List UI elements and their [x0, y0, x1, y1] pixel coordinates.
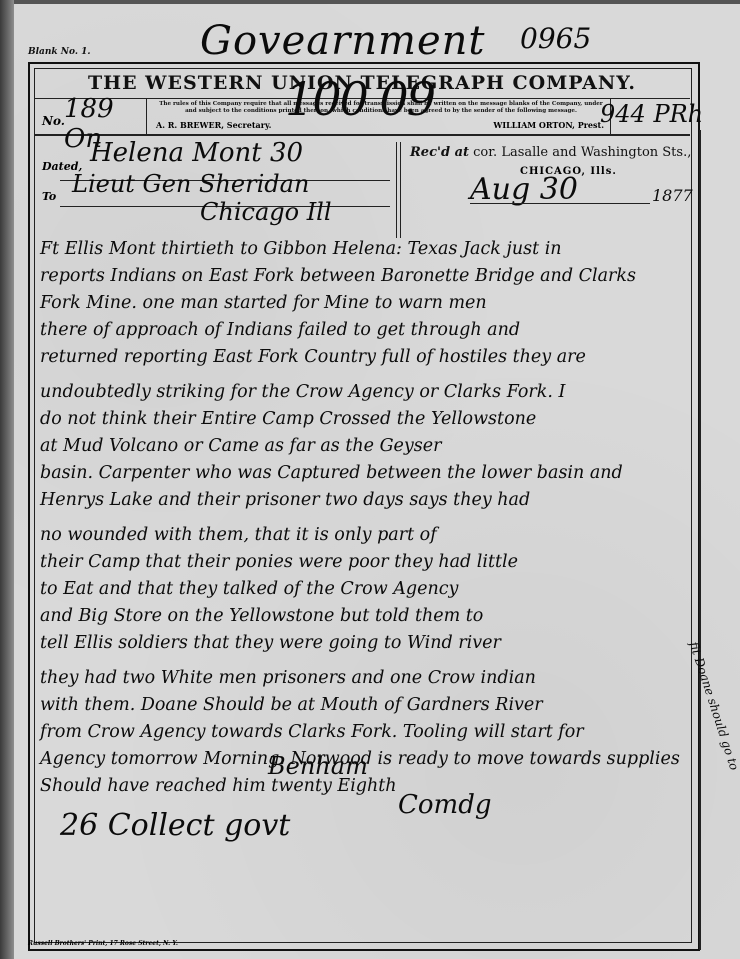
collect-note: 26 Collect govt: [60, 808, 290, 843]
message-line: undoubtedly striking for the Crow Agency…: [40, 379, 700, 406]
message-line: they had two White men prisoners and one…: [40, 665, 700, 692]
received-year: 1877: [652, 186, 693, 205]
message-line: no wounded with them, that it is only pa…: [40, 522, 700, 549]
reference-number: 0965: [520, 22, 591, 55]
secretary: A. R. BREWER, Secretary.: [156, 120, 271, 130]
received-line: Rec'd at cor. Lasalle and Washington Sts…: [410, 145, 691, 160]
message-line: returned reporting East Fork Country ful…: [40, 344, 700, 371]
received-label: Rec'd at: [410, 145, 469, 160]
top-annotation: Govearnment: [200, 18, 485, 64]
dated-value: Helena Mont 30: [90, 138, 303, 168]
overwritten-number: 100 09: [285, 72, 434, 126]
recipient-city: Chicago Ill: [200, 198, 332, 226]
printer-imprint: Russell Brothers' Print, 17 Rose Street,…: [28, 940, 178, 947]
signature: Benham: [268, 752, 368, 780]
message-line: and Big Store on the Yellowstone but tol…: [40, 603, 700, 630]
received-address: cor. Lasalle and Washington Sts.,: [473, 145, 691, 160]
message-line: Should have reached him twenty Eighth: [40, 773, 700, 800]
received-date: Aug 30: [470, 172, 578, 207]
header-divider: [396, 142, 401, 238]
recipient: Lieut Gen Sheridan: [72, 170, 309, 198]
message-line: with them. Doane Should be at Mouth of G…: [40, 692, 700, 719]
message-line: from Crow Agency towards Clarks Fork. To…: [40, 719, 700, 746]
message-body: Ft Ellis Mont thirtieth to Gibbon Helena…: [40, 236, 700, 800]
scan-top-edge: [14, 0, 740, 4]
message-line: their Camp that their ponies were poor t…: [40, 549, 700, 576]
received-underline: [470, 203, 650, 204]
message-line: reports Indians on East Fork between Bar…: [40, 263, 700, 290]
message-line: Henrys Lake and their prisoner two days …: [40, 487, 700, 514]
message-line: Agency tomorrow Morning. Norwood is read…: [40, 746, 700, 773]
to-label: To: [42, 190, 56, 203]
right-code: 944 PRh: [600, 100, 703, 128]
signature-title: Comdg: [398, 790, 492, 820]
message-line: Ft Ellis Mont thirtieth to Gibbon Helena…: [40, 236, 700, 263]
number-label: No.: [42, 114, 65, 128]
message-line: do not think their Entire Camp Crossed t…: [40, 406, 700, 433]
message-line: basin. Carpenter who was Captured betwee…: [40, 460, 700, 487]
number-cell: No. 189 On: [34, 98, 147, 134]
message-line: to Eat and that they talked of the Crow …: [40, 576, 700, 603]
president: WILLIAM ORTON, Prest.: [493, 120, 604, 130]
message-line: there of approach of Indians failed to g…: [40, 317, 700, 344]
message-line: at Mud Volcano or Came as far as the Gey…: [40, 433, 700, 460]
message-line: tell Ellis soldiers that they were going…: [40, 630, 700, 657]
blank-label: Blank No. 1.: [28, 47, 91, 57]
message-line: Fork Mine. one man started for Mine to w…: [40, 290, 700, 317]
